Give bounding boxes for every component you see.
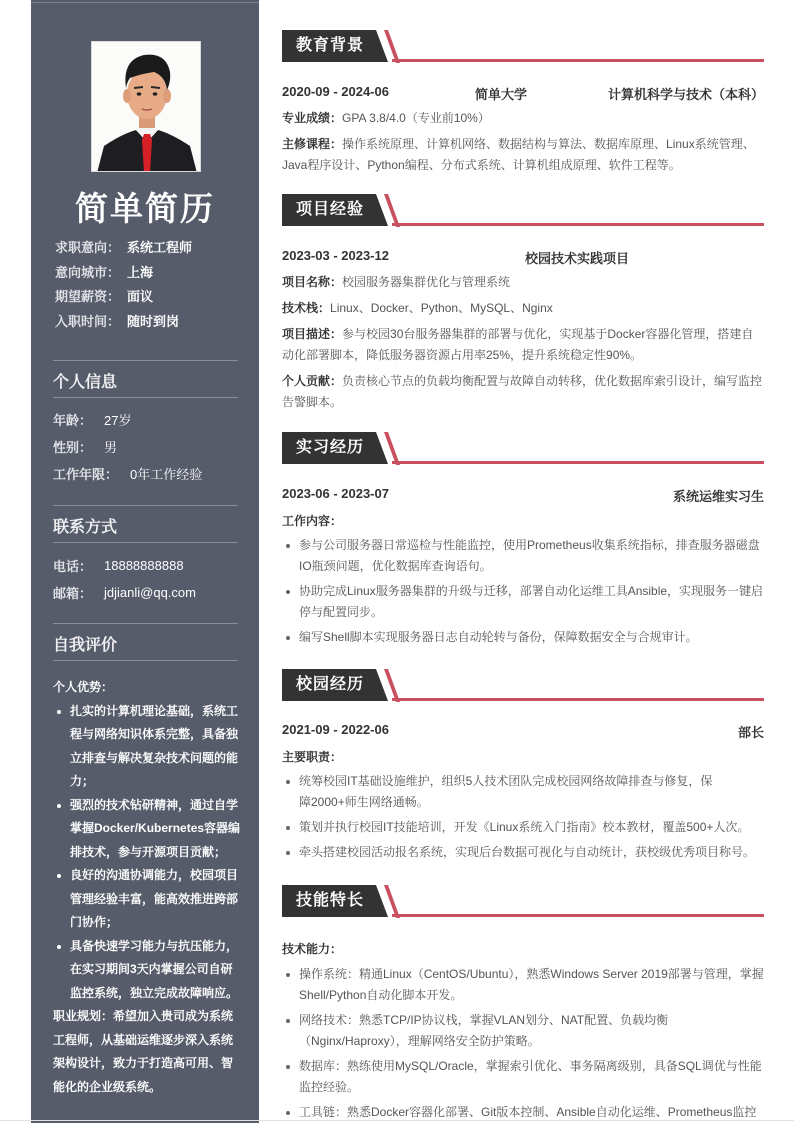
section-title: 教育背景 [282,30,388,62]
campus-entry-head: 2021-09 - 2022-06 部长 [282,722,764,742]
project-description: 项目描述：参与校园30台服务器集群的部署与优化，实现基于Docker容器化管理，… [282,324,764,366]
list-item: 统筹校园IT基础设施维护，组织5人技术团队完成校园网络故障排查与修复，保障200… [282,771,722,813]
section-header-internship: 实习经历 [282,432,764,464]
education-entry-head: 2020-09 - 2024-06 简单大学 计算机科学与技术（本科） [282,84,764,104]
intent-row-salary: 期望薪资： 面议 [55,286,245,311]
intent-label: 意向城市： [55,262,127,287]
list-item: 协助完成Linux服务器集群的升级与迁移，部署自动化运维工具Ansible，实现… [282,581,764,623]
divider [392,223,764,226]
desc-value: 参与校园30台服务器集群的部署与优化，实现基于Docker容器化管理，搭建自动化… [282,327,753,362]
self-evaluation: 个人优势： 扎实的计算机理论基础，系统工程与网络知识体系完整，具备独立排查与解决… [53,676,243,1099]
work-content-label: 工作内容： [282,512,342,529]
gpa-label: 专业成绩： [282,111,342,125]
intent-value: 随时到岗 [127,311,179,336]
info-row-age: 年龄： 27岁 [53,406,243,433]
contact-row-email: 邮箱： jdjianli@qq.com [53,579,243,606]
intent-row-position: 求职意向： 系统工程师 [55,237,245,262]
courses-label: 主修课程： [282,137,342,151]
section-title: 校园经历 [282,669,388,701]
intent-label: 求职意向： [55,237,127,262]
section-title-contact: 联系方式 [53,505,238,543]
intent-row-start: 入职时间： 随时到岗 [55,311,245,336]
skills-list: 操作系统：精通Linux（CentOS/Ubuntu），熟悉Windows Se… [282,964,764,1123]
section-header-education: 教育背景 [282,30,764,62]
sidebar: 简单简历 求职意向： 系统工程师 意向城市： 上海 期望薪资： 面议 入职时间：… [31,0,259,1123]
project-entry-head: 2023-03 - 2023-12 校园技术实践项目 [282,248,764,268]
project-stack: 技术栈：Linux、Docker、Python、MySQL、Nginx [282,298,764,319]
section-header-campus: 校园经历 [282,669,764,701]
intent-value: 系统工程师 [127,237,192,262]
phone-label: 电话： [53,556,92,575]
tech-ability-label: 技术能力： [282,940,342,957]
career-plan: 职业规划：希望加入贵司成为系统工程师，从基础运维逐步深入系统架构设计，致力于打造… [53,1005,243,1099]
info-row-years: 工作年限： 0年工作经验 [53,460,243,487]
project-heading: 校园技术实践项目 [525,248,629,267]
project-name-label: 项目名称： [282,275,342,289]
info-label: 性别： [53,437,92,456]
info-value: 男 [104,437,117,456]
strengths-list: 扎实的计算机理论基础，系统工程与网络知识体系完整，具备独立排查与解决复杂技术问题… [53,700,243,1006]
divider [31,2,259,3]
list-item: 参与公司服务器日常巡检与性能监控，使用Prometheus收集系统指标，排查服务… [282,535,764,577]
divider [392,461,764,464]
section-title: 技能特长 [282,885,388,917]
list-item: 操作系统：精通Linux（CentOS/Ubuntu），熟悉Windows Se… [282,964,764,1006]
internship-list: 参与公司服务器日常巡检与性能监控，使用Prometheus收集系统指标，排查服务… [282,535,764,652]
section-title: 项目经验 [282,194,388,226]
section-title-self-eval: 自我评价 [53,623,238,661]
career-plan-label: 职业规划： [53,1009,113,1023]
entry-date: 2020-09 - 2024-06 [282,84,389,99]
project-name: 项目名称：校园服务器集群优化与管理系统 [282,272,764,293]
list-item: 良好的沟通协调能力，校园项目管理经验丰富，能高效推进跨部门协作； [53,864,243,935]
resume-page: 简单简历 求职意向： 系统工程师 意向城市： 上海 期望薪资： 面议 入职时间：… [0,0,794,1123]
job-intent: 求职意向： 系统工程师 意向城市： 上海 期望薪资： 面议 入职时间： 随时到岗 [55,237,245,335]
internship-role: 系统运维实习生 [673,486,764,505]
info-row-gender: 性别： 男 [53,433,243,460]
list-item: 策划并执行校园IT技能培训，开发《Linux系统入门指南》校本教材，覆盖500+… [282,817,779,838]
section-title: 实习经历 [282,432,388,464]
education-courses: 主修课程：操作系统原理、计算机网络、数据结构与算法、数据库原理、Linux系统管… [282,134,764,176]
section-header-skills: 技能特长 [282,885,764,917]
email-label: 邮箱： [53,583,92,602]
internship-entry-head: 2023-06 - 2023-07 系统运维实习生 [282,486,764,506]
portrait-icon [92,42,201,172]
divider [392,698,764,701]
campus-list: 统筹校园IT基础设施维护，组织5人技术团队完成校园网络故障排查与修复，保障200… [282,771,722,867]
campus-role: 部长 [738,722,764,741]
courses-value: 操作系统原理、计算机网络、数据结构与算法、数据库原理、Linux系统管理、Jav… [282,137,755,172]
personal-info: 年龄： 27岁 性别： 男 工作年限： 0年工作经验 [53,406,243,487]
stack-label: 技术栈： [282,301,330,315]
list-item: 牵头搭建校园活动报名系统，实现后台数据可视化与自动统计，获校级优秀项目称号。 [282,842,779,863]
avatar-photo [91,41,201,172]
entry-date: 2023-03 - 2023-12 [282,248,389,263]
intent-value: 面议 [127,286,153,311]
info-value: 0年工作经验 [130,464,202,483]
strengths-label: 个人优势： [53,676,243,700]
entry-date: 2021-09 - 2022-06 [282,722,389,737]
stack-value: Linux、Docker、Python、MySQL、Nginx [330,301,553,315]
major: 计算机科学与技术（本科） [608,84,764,103]
list-item: 网络技术：熟悉TCP/IP协议栈，掌握VLAN划分、NAT配置、负载均衡（Ngi… [282,1010,699,1052]
email-value[interactable]: jdjianli@qq.com [104,585,196,600]
list-item: 具备快速学习能力与抗压能力，在实习期间3天内掌握公司自研监控系统，独立完成故障响… [53,935,243,1006]
responsibilities-label: 主要职责： [282,748,342,765]
list-item: 强烈的技术钻研精神，通过自学掌握Docker/Kubernetes容器编排技术，… [53,794,243,865]
section-title-personal-info: 个人信息 [53,360,238,398]
list-item: 扎实的计算机理论基础，系统工程与网络知识体系完整，具备独立排查与解决复杂技术问题… [53,700,243,794]
education-gpa: 专业成绩：GPA 3.8/4.0（专业前10%） [282,108,764,129]
info-label: 年龄： [53,410,92,429]
list-item: 编写Shell脚本实现服务器日志自动轮转与备份，保障数据安全与合规审计。 [282,627,764,648]
desc-label: 项目描述： [282,327,342,341]
divider [392,59,764,62]
intent-value: 上海 [127,262,153,287]
section-header-project: 项目经验 [282,194,764,226]
intent-label: 入职时间： [55,311,127,336]
contrib-label: 个人贡献： [282,374,342,388]
info-value: 27岁 [104,410,131,429]
contact-row-phone: 电话： 18888888888 [53,552,243,579]
resume-title: 简单简历 [31,183,259,230]
phone-value[interactable]: 18888888888 [104,558,184,573]
entry-date: 2023-06 - 2023-07 [282,486,389,501]
project-contribution: 个人贡献：负责核心节点的负载均衡配置与故障自动转移，优化数据库索引设计，编写监控… [282,371,764,413]
intent-label: 期望薪资： [55,286,127,311]
gpa-value: GPA 3.8/4.0（专业前10%） [342,111,490,125]
list-item: 数据库：熟练使用MySQL/Oracle，掌握索引优化、事务隔离级别，具备SQL… [282,1056,764,1098]
school-name: 简单大学 [475,84,527,103]
project-name-value: 校园服务器集群优化与管理系统 [342,275,510,289]
page-edge [0,1120,794,1121]
contrib-value: 负责核心节点的负载均衡配置与故障自动转移，优化数据库索引设计，编写监控告警脚本。 [282,374,762,409]
contact-info: 电话： 18888888888 邮箱： jdjianli@qq.com [53,552,243,606]
divider [392,914,764,917]
info-label: 工作年限： [53,464,118,483]
intent-row-city: 意向城市： 上海 [55,262,245,287]
